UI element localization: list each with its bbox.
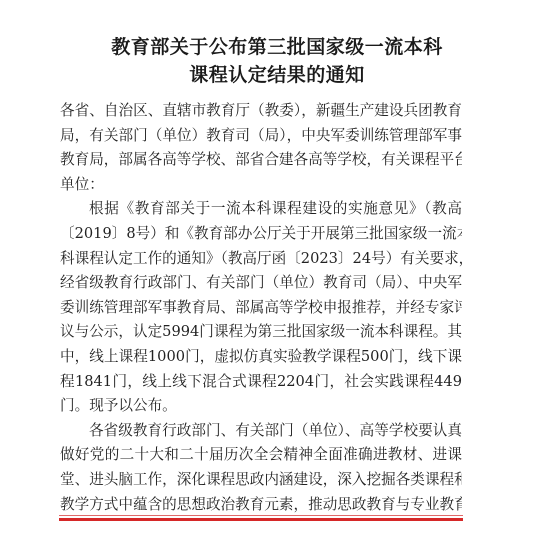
- body-text-line: 单位：: [60, 175, 462, 195]
- body-text-line: 各省、自治区、直辖市教育厅（教委），新疆生产建设兵团教育: [60, 101, 462, 121]
- body-text-line: 门。现予以公布。: [60, 396, 462, 416]
- body-text-line: 中，线上课程1000门，虚拟仿真实验教学课程500门，线下课: [60, 347, 462, 367]
- body-text-line: 委训练管理部军事教育局、部属高等学校申报推荐，并经专家评: [60, 298, 462, 318]
- body-text-line: 教育局，部属各高等学校、部省合建各高等学校，有关课程平台: [60, 150, 462, 170]
- body-text-line: 科课程认定工作的通知》（教高厅函〔2023〕24号）有关要求，: [60, 249, 462, 269]
- body-text-line: 经省级教育行政部门、有关部门（单位）教育司（局）、中央军: [60, 273, 462, 293]
- body-text-line: 议与公示，认定5994门课程为第三批国家级一流本科课程。其: [60, 322, 462, 342]
- body-text-line: 程1841门，线上线下混合式课程2204门，社会实践课程449: [60, 372, 462, 392]
- body-text-line: 教学方式中蕴含的思想政治教育元素，推动思政教育与专业教育: [60, 495, 462, 515]
- document-title-line-2: 课程认定结果的通知: [0, 60, 554, 87]
- body-text-line: 各省级教育行政部门、有关部门（单位）、高等学校要认真: [89, 421, 462, 441]
- body-text-line: 堂、进头脑工作，深化课程思政内涵建设，深入挖掘各类课程和: [60, 470, 462, 490]
- document-title-line-1: 教育部关于公布第三批国家级一流本科: [0, 32, 554, 59]
- red-divider-thick: [59, 518, 463, 521]
- document-page: 教育部关于公布第三批国家级一流本科 课程认定结果的通知 各省、自治区、直辖市教育…: [0, 0, 554, 546]
- body-text-line: 〔2019〕8号）和《教育部办公厅关于开展第三批国家级一流本: [60, 224, 462, 244]
- body-text-line: 做好党的二十大和二十届历次全会精神全面准确进教材、进课: [60, 445, 462, 465]
- body-text-line: 根据《教育部关于一流本科课程建设的实施意见》（教高: [89, 199, 462, 219]
- red-divider-thin: [59, 515, 463, 516]
- body-text-line: 局，有关部门（单位）教育司（局），中央军委训练管理部军事: [60, 126, 462, 146]
